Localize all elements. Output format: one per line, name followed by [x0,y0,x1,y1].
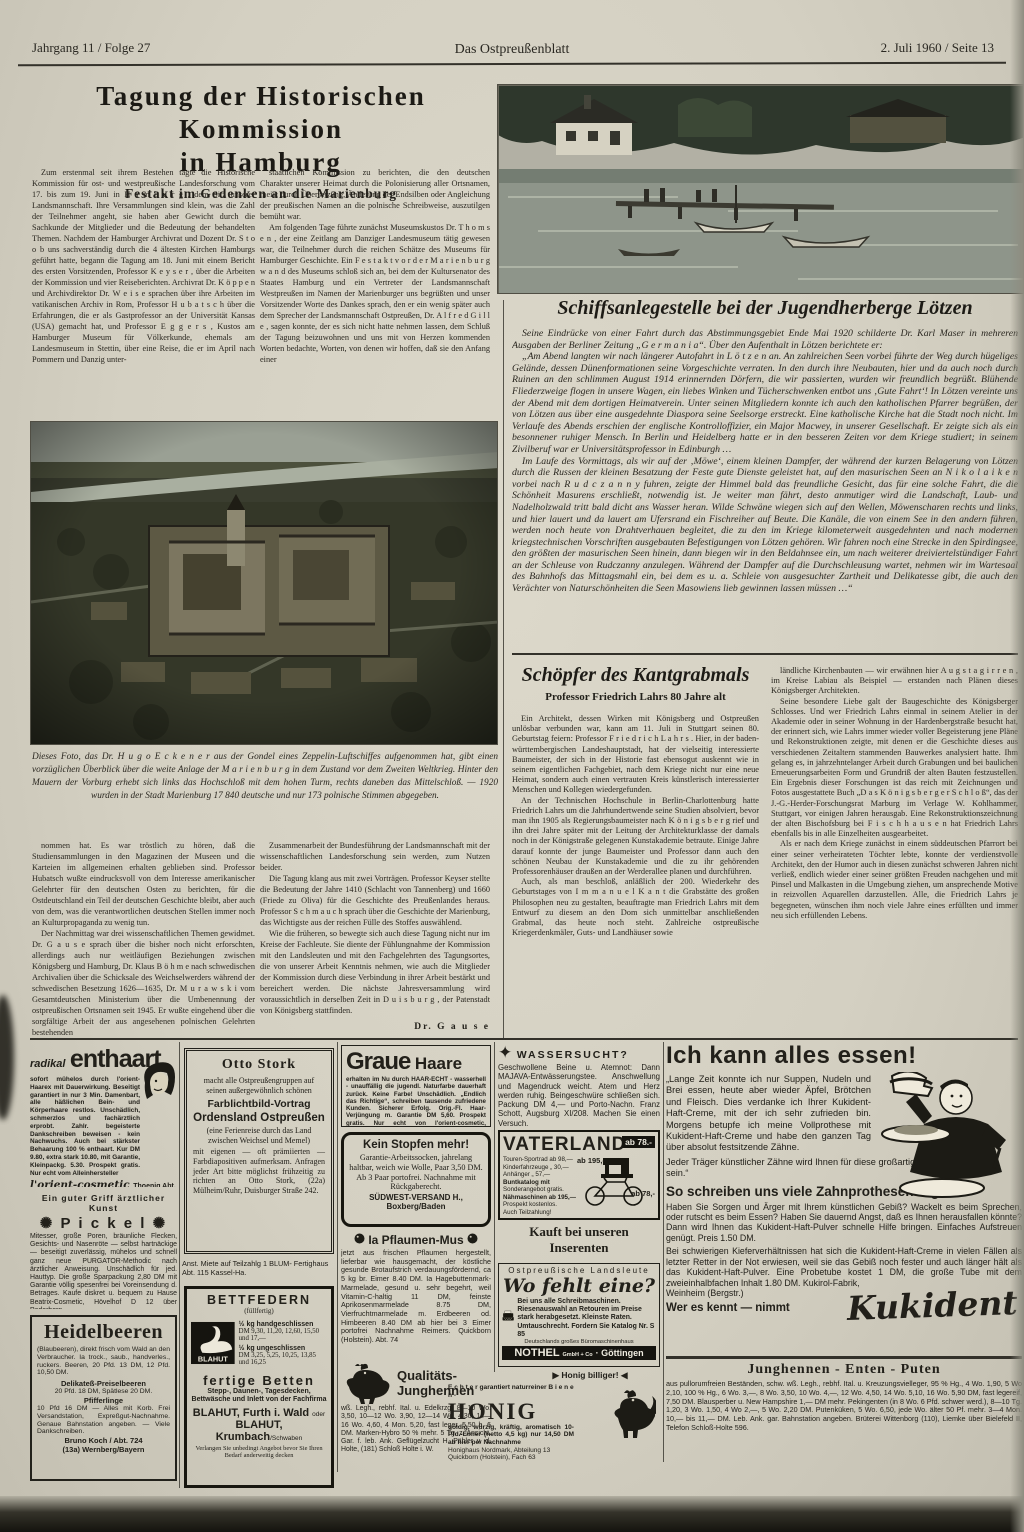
ad-fertige-betten-title: fertige Betten [191,1373,327,1388]
photo-caption: Dieses Foto, das Dr. H u g o E c k e n e… [32,751,498,829]
ad-graue-haare: Graue Haare erhalten im Nu durch HAAR-EC… [341,1045,491,1127]
newspaper-page: Jahrgang 11 / Folge 27 Das Ostpreußenbla… [0,0,1024,1532]
diner-illustration [872,1072,1022,1200]
ad-kukident-body2: Bei schwierigen Kieferverhältnissen hat … [666,1246,1022,1288]
sewing-machine-icon [601,1158,633,1178]
ad-heidelbeeren-sub2: Pfifferlinge [37,1396,170,1405]
ad-bettfedern-title: BETTFEDERN [191,1293,327,1307]
ad-stork-title: Otto Stork [193,1057,325,1073]
ad-vaterland-title: VATERLAND [503,1134,626,1155]
ad-pflaumen: Ia Pflaumen-Mus jetzt aus frischen Pflau… [341,1233,491,1357]
ad-enthaart: radikal enthaart sofort mühelos durch l'… [30,1045,177,1187]
ad-socken-firm: SÜDWEST-VERSAND H., [348,1193,484,1202]
ad-bettfedern-line4: DM 3,25, 5,25, 10,25, 13,85 und 16,25 [239,1352,327,1366]
ad-stork-ordensland: Ordensland Ostpreußen [193,1112,325,1124]
ad-heidelbeeren-title: Heidelbeeren [37,1321,170,1344]
ad-divider-3 [494,1042,495,1372]
ad-gefluegel-body: aus pullorumfreien Beständen, schw. wß. … [666,1380,1022,1433]
ad-nothel-kicker: Ostpreußische Landsleute [502,1266,656,1275]
ad-blahut-note: Verlangen Sie unbedingt Angebot bevor Si… [191,1445,327,1460]
ad-kukident: Ich kann alles essen! „Lange Zeit konnte… [666,1042,1022,1358]
ad-otto-stork: Otto Stork macht alle Ostpreußengruppen … [184,1048,334,1254]
ad-heidelbeeren-sig2: (13a) Wernberg/Bayern [37,1445,170,1454]
ad-vaterland-badge: ab 78.- [622,1136,655,1148]
ad-nothel: Ostpreußische Landsleute Wo fehlt eine? … [498,1263,660,1367]
hen-icon [341,1361,391,1405]
ad-bettfedern-line1: ½ kg handgeschlissen [239,1321,327,1328]
ad-kauft-inserenten: Kauft bei unseren Inserenten [498,1224,660,1262]
ad-socken-place: Boxberg/Baden [348,1202,484,1211]
ad-socken-title: Kein Stopfen mehr! [348,1139,484,1151]
ad-honig-title: HONIG [448,1400,574,1424]
loetzen-headline: Schiffsanlegestelle bei der Jugendherber… [512,297,1018,320]
ad-nothel-body: Bei uns alle Schreibmaschinen. Riesenaus… [517,1298,656,1339]
loetzen-rule [512,653,1018,655]
kant-headline: Schöpfer des Kantgrabmals [512,664,759,687]
ad-pickel: Ein guter Griff ärztlicher Kunst ✺ P i c… [30,1193,177,1309]
ad-pickel-title: P i c k e l [61,1215,147,1232]
article-col-4: Zusammenarbeit der Bundesführung der Lan… [260,840,490,1022]
article-byline: Dr. G a u s e [260,1022,490,1032]
castle-aerial-illustration [31,422,498,745]
kukident-logo: Kukident [847,1283,1019,1328]
ad-divider-4 [663,1042,664,1462]
loetzen-jetty-photo [497,84,1024,294]
plum-icon [354,1233,365,1244]
ads-top-rule [30,1038,1018,1040]
lake-scene-illustration [498,85,1024,294]
kant-col-2: ländliche Kirchenbauten — wir erwähnen h… [771,666,1018,1036]
ad-socken: Kein Stopfen mehr! Garantie-Arbeitssocke… [341,1132,491,1227]
kant-headline-block: Schöpfer des Kantgrabmals Professor Frie… [512,664,759,703]
ad-gefluegel-title: Junghennen - Enten - Puten [666,1362,1022,1378]
ad-qjung-title1: Qualitäts- [397,1368,474,1383]
ad-stork-body3: mit eigenen — oft prämiierten — Farbdiap… [193,1147,325,1195]
ad-divider-1 [179,1042,180,1488]
ad-bettfedern-sub: (füllfertig) [191,1307,327,1315]
ad-nothel-small: Deutschlands großes Büromaschinenhaus [502,1339,656,1345]
masthead-title: Das Ostpreußenblatt [0,42,1024,58]
ad-blahut-firm1: BLAHUT, Furth i. Wald [193,1407,309,1419]
ad-honig-kicker: ▶ Honig billiger! ◀ [520,1370,660,1382]
ad-honig-firm: Honighaus Nordmark, Abteilung 13 [448,1447,574,1454]
ad-stork-body2: (eine Ferienreise durch das Land zwische… [193,1126,325,1145]
article-col-1: Zum erstenmal seit ihrem Bestehen tagte … [32,167,255,420]
loetzen-article: Seine Eindrücke von einer Fahrt durch da… [512,328,1018,650]
ad-vaterland: VATERLAND ab 78.- Touren-Sportrad ab 98,… [498,1130,660,1220]
ad-bettfedern-line2: DM 9,30, 11,20, 12,60, 15,50 und 17,— [239,1328,327,1342]
kant-subhead: Professor Friedrich Lahrs 80 Jahre alt [512,691,759,703]
page-edge-shadow [1010,0,1024,1532]
ad-stork-vortrag: Farblichtbild-Vortrag [193,1098,325,1110]
ad-honig: E c h t e r garantiert naturreiner B i e… [448,1384,574,1468]
ad-heidelbeeren-body2: 20 Pfd. 18 DM, Spätlese 20 DM. [37,1388,170,1396]
page-bottom-shadow [0,1496,1024,1532]
ad-enthaart-body: sofort mühelos durch l'orient-Haarex mit… [30,1076,140,1177]
ad-fertige-betten-body: Stepp-, Daunen-, Tagesdecken, Bettwäsche… [191,1388,327,1405]
ad-enthaart-brand: l'orient-cosmetic [30,1179,130,1187]
asterisk-icon: ✺ [153,1215,168,1232]
article-col-2: staatlichen Kommission zu berichten, die… [260,167,490,420]
ad-graue-title2: Haare [415,1054,462,1073]
ad-kukident-body1: Haben Sie Sorgen und Ärger mit Ihrem kün… [666,1202,1022,1244]
column-divider [503,300,504,1038]
arrow-right-icon: ▶ [553,1370,560,1380]
page-title: Tagung der Historischen Kommission in Ha… [30,80,492,179]
ad-honig-place: Quickborn (Holstein), Fach 63 [448,1454,574,1461]
marienburg-aerial-photo [30,421,498,745]
asterisk-icon: ✺ [40,1215,55,1232]
ink-smudge [0,995,14,1120]
ad-pflaumen-body: jetzt aus frischen Pflaumen hergestellt,… [341,1249,491,1345]
masthead-rule [18,62,1006,67]
ad-wassersucht-body: Geschwollene Beine u. Atemnot: Dann MAJA… [498,1063,660,1127]
ad-pickel-kicker: Ein guter Griff ärztlicher Kunst [30,1193,177,1213]
ad-enthaart-prefix: radikal [30,1058,65,1070]
ad-heidelbeeren: Heidelbeeren (Blaubeeren), direkt frisch… [30,1315,177,1481]
ad-wassersucht-title: WASSERSUCHT? [517,1049,629,1061]
rooster-icon [608,1388,656,1440]
typewriter-icon [502,1298,514,1334]
woman-face-icon [141,1061,177,1103]
svg-text:BLAHUT: BLAHUT [198,1355,228,1364]
ad-graue-title1: Graue [346,1048,410,1075]
ad-nothel-brand: NOTHEL [514,1347,559,1359]
ad-heidelbeeren-sub1: Delikateß-Preiselbeeren [37,1379,170,1388]
ad-stork-body1: macht alle Ostpreußengruppen auf seinen … [193,1076,325,1095]
ad-graue-body: erhalten im Nu durch HAAR-ECHT - wasserh… [346,1076,486,1127]
ad-pflaumen-title: Ia Pflaumen-Mus [368,1233,463,1247]
ad-heidelbeeren-body3: 10 Pfd 16 DM — Alles mit Korb. Frei Vers… [37,1405,170,1436]
article-col-3: nommen hat. Es war tröstlich zu hören, d… [32,840,255,1036]
ad-pickel-body: Mitesser, große Poren, bräunliche Flecke… [30,1233,177,1309]
kant-col-1: Ein Architekt, dessen Wirken mit Königsb… [512,714,759,1036]
arrow-left-icon: ◀ [621,1370,628,1380]
ad-bettfedern-line3: ½ kg ungeschlissen [239,1345,327,1352]
ad-kukident-title: Ich kann alles essen! [666,1042,1022,1070]
ad-honig-intro: E c h t e r garantiert naturreiner B i e… [448,1384,574,1400]
masthead-date: 2. Juli 1960 / Seite 13 [881,40,994,56]
star-icon: ✦ [498,1045,512,1062]
ad-heidelbeeren-body1: (Blaubeeren), direkt frisch vom Wald an … [37,1346,170,1377]
ad-honig-body: goldig, würzig, kräftig, aromatisch 10-P… [448,1424,574,1447]
ad-socken-body: Garantie-Arbeitssocken, jahrelang haltba… [348,1153,484,1192]
ad-wassersucht: ✦ WASSERSUCHT? Geschwollene Beine u. Ate… [498,1045,660,1127]
ad-blum: Anst. Miete auf Teilzahlg 1 BLUM- Fertig… [182,1259,336,1283]
swan-blahut-icon: BLAHUT [191,1317,235,1369]
ad-kukident-quote: „Lange Zeit konnte ich nur Suppen, Nudel… [666,1074,871,1154]
kukident-rule [666,1356,1022,1359]
ad-gefluegel: Junghennen - Enten - Puten aus pullorumf… [666,1362,1022,1454]
ad-nothel-title: Wo fehlt eine? [502,1275,656,1297]
plum-icon [467,1233,478,1244]
ad-divider-2 [337,1042,338,1472]
ad-bettfedern: BETTFEDERN (füllfertig) BLAHUT ½ kg hand… [184,1286,334,1488]
ad-heidelbeeren-sig1: Bruno Koch / Abt. 724 [37,1436,170,1445]
